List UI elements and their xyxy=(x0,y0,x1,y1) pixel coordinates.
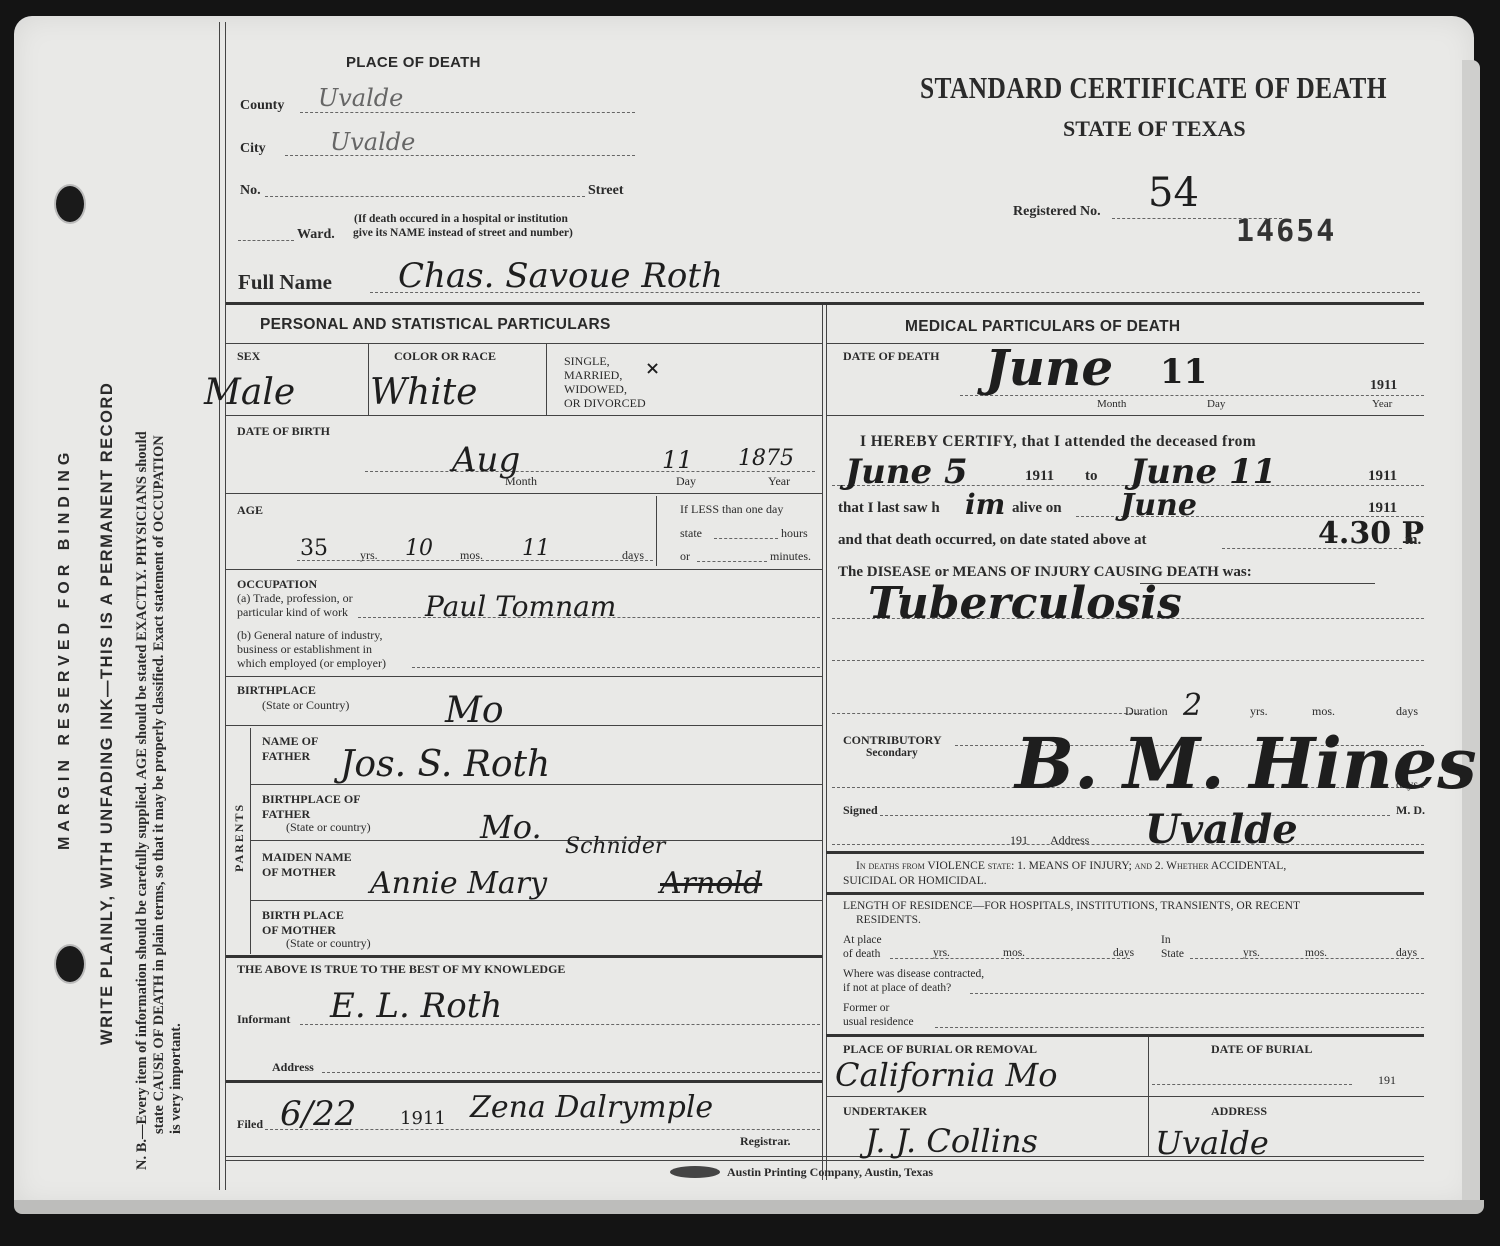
margin-nb-note: N. B.—Every item of information should b… xyxy=(134,431,185,1170)
birthplace-sub: (State or Country) xyxy=(262,698,349,713)
last-saw-date: June xyxy=(1120,488,1197,523)
duration-years: 2 xyxy=(1183,688,1202,723)
physician-signature: B. M. Hines xyxy=(1015,722,1477,805)
mother-maiden-label-1: MAIDEN NAME xyxy=(262,850,352,865)
column-divider xyxy=(822,305,823,1180)
violence-note-1: In deaths from VIOLENCE state: 1. MEANS … xyxy=(856,860,1286,872)
in-state-label: In State xyxy=(1161,933,1184,961)
registrar-signature: Zena Dalrymple xyxy=(470,1090,713,1125)
age-days: 11 xyxy=(522,536,550,561)
last-saw-year: 1911 xyxy=(1368,500,1397,517)
father-name-label-1: NAME OF xyxy=(262,734,318,749)
birthplace-label: BIRTHPLACE xyxy=(237,683,316,698)
death-occurred-label: and that death occurred, on date stated … xyxy=(838,532,1146,549)
in-state-label-2: State xyxy=(1161,947,1184,961)
rule xyxy=(226,955,822,958)
rule xyxy=(826,343,1424,344)
filed-year: 1911 xyxy=(400,1108,446,1129)
rule xyxy=(656,496,657,566)
violence-note-2: SUICIDAL OR HOMICIDAL. xyxy=(843,875,987,887)
printer-credit: Austin Printing Company, Austin, Texas xyxy=(727,1165,933,1180)
parents-bracket xyxy=(250,728,251,954)
burial-date-year: 191 xyxy=(1378,1073,1396,1088)
undertaker-label: UNDERTAKER xyxy=(843,1104,927,1119)
dob-month-caption: Month xyxy=(505,474,537,489)
age-mos-caption: mos. xyxy=(460,548,483,563)
age-yrs-caption: yrs. xyxy=(360,548,378,563)
column-divider-inner xyxy=(826,305,827,1180)
rule xyxy=(226,725,822,726)
age-days-caption: days xyxy=(622,548,644,563)
dod-day: 11 xyxy=(1160,352,1207,392)
father-name-label: NAME OF FATHER xyxy=(262,734,318,764)
marital-divorced: OR DIVORCED xyxy=(564,396,646,410)
race-value: White xyxy=(370,372,477,413)
informant-value: E. L. Roth xyxy=(330,986,502,1026)
dod-year-caption: Year xyxy=(1372,398,1392,410)
duration-label: Duration xyxy=(1125,704,1168,719)
former-residence-label-2: usual residence xyxy=(843,1015,914,1029)
state-label: state xyxy=(680,526,702,541)
burial-place-label: PLACE OF BURIAL OR REMOVAL xyxy=(843,1042,1037,1057)
address-line xyxy=(832,844,1424,845)
burial-place-value: California Mo xyxy=(835,1056,1058,1094)
contributory-label: CONTRIBUTORY xyxy=(843,733,942,748)
occupation-value: Paul Tomnam xyxy=(425,590,616,623)
burial-date-label: DATE OF BURIAL xyxy=(1211,1042,1312,1057)
secondary-label: Secondary xyxy=(866,747,918,759)
mother-birthplace-sub: (State or country) xyxy=(286,936,371,951)
sex-value: Male xyxy=(204,372,295,413)
md-label: M. D. xyxy=(1396,803,1425,818)
ward-label: Ward. xyxy=(297,227,335,243)
registered-no-stamped: 14654 xyxy=(1236,214,1336,249)
medical-heading: MEDICAL PARTICULARS OF DEATH xyxy=(905,318,1180,336)
mother-maiden-value: Annie Mary xyxy=(370,866,547,901)
certificate-title: STANDARD CERTIFICATE OF DEATH xyxy=(920,70,1387,106)
mother-birthplace-label: BIRTH PLACE OF MOTHER xyxy=(262,908,344,938)
dod-month-caption: Month xyxy=(1097,398,1126,410)
signed-year-label: 191 xyxy=(1010,833,1028,848)
marital-single: SINGLE, xyxy=(564,354,646,368)
nb-line-1: N. B.—Every item of information should b… xyxy=(134,431,151,1170)
margin-border-inner xyxy=(225,22,226,1190)
signed-label: Signed xyxy=(843,803,878,818)
street-label: Street xyxy=(588,183,624,199)
residence-heading-1: LENGTH OF RESIDENCE—FOR HOSPITALS, INSTI… xyxy=(843,900,1300,912)
less-than-day-label: If LESS than one day xyxy=(680,502,783,517)
personal-heading: PERSONAL AND STATISTICAL PARTICULARS xyxy=(260,316,611,334)
burial-date-line xyxy=(1152,1084,1352,1085)
dod-day-caption: Day xyxy=(1207,398,1225,410)
rule xyxy=(226,415,822,416)
binding-hole-bottom xyxy=(56,946,84,982)
at-place-label-1: At place xyxy=(843,933,882,947)
dob-year: 1875 xyxy=(738,446,794,471)
rule xyxy=(226,493,822,494)
occupation-a-line-2: particular kind of work xyxy=(237,605,353,619)
mother-birthplace-label-1: BIRTH PLACE xyxy=(262,908,344,923)
former-residence-label: Former or usual residence xyxy=(843,1001,914,1029)
rule xyxy=(826,851,1424,854)
occupation-b-line-1: (b) General nature of industry, xyxy=(237,628,386,642)
rule xyxy=(250,840,822,841)
marital-married: MARRIED, xyxy=(564,368,646,382)
informant-label: Informant xyxy=(237,1012,290,1027)
attended-to-year: 1911 xyxy=(1368,468,1397,485)
occupation-a-line-1: (a) Trade, profession, or xyxy=(237,591,353,605)
nb-line-3: is very important. xyxy=(168,431,185,1170)
rule xyxy=(250,900,822,901)
age-months: 10 xyxy=(405,536,433,561)
father-name-label-2: FATHER xyxy=(262,749,318,764)
dod-year: 1911 xyxy=(1370,378,1397,394)
parents-label: PARENTS xyxy=(232,803,247,872)
at-place-label-2: of death xyxy=(843,947,882,961)
hours-line xyxy=(714,538,778,539)
sex-label: SEX xyxy=(237,349,260,364)
occupation-b-line xyxy=(412,667,820,668)
physician-signature-place: Uvalde xyxy=(1145,806,1298,853)
rule xyxy=(826,892,1424,895)
minutes-label: minutes. xyxy=(770,549,811,564)
attended-from: June 5 xyxy=(845,452,968,492)
age-years: 35 xyxy=(300,536,328,561)
street-line xyxy=(265,196,585,197)
contracted-line xyxy=(970,993,1424,994)
father-birthplace-label-1: BIRTHPLACE OF xyxy=(262,792,361,807)
mother-maiden-correction: Schnider xyxy=(565,834,665,859)
county-line xyxy=(300,112,635,113)
rule xyxy=(226,343,822,344)
attest-label: THE ABOVE IS TRUE TO THE BEST OF MY KNOW… xyxy=(237,962,565,977)
dob-day-caption: Day xyxy=(676,474,696,489)
nb-line-2: state CAUSE OF DEATH in plain terms, so … xyxy=(151,431,168,1170)
printer-emblem-icon xyxy=(670,1166,720,1178)
residence-heading-2: RESIDENTS. xyxy=(856,914,921,926)
in-state-mos: mos. xyxy=(1305,947,1327,959)
city-value: Uvalde xyxy=(330,128,415,156)
last-saw-label: that I last saw h xyxy=(838,500,940,517)
rule xyxy=(226,569,822,570)
to-label: to xyxy=(1085,468,1098,485)
father-birthplace-label: BIRTHPLACE OF FATHER xyxy=(262,792,361,822)
ward-line xyxy=(238,240,294,241)
registered-no-label: Registered No. xyxy=(1013,204,1101,220)
mother-maiden-label: MAIDEN NAME OF MOTHER xyxy=(262,850,352,880)
in-state-label-1: In xyxy=(1161,933,1184,947)
divider-top xyxy=(226,302,1424,305)
city-label: City xyxy=(240,141,266,157)
occupation-b-line-3: which employed (or employer) xyxy=(237,656,386,670)
duration-days-caption: days xyxy=(1396,704,1418,719)
race-label: COLOR OR RACE xyxy=(394,349,496,364)
minutes-line xyxy=(697,561,767,562)
burial-address-label: ADDRESS xyxy=(1211,1104,1267,1119)
mother-maiden-struck: Arnold xyxy=(660,866,762,901)
no-label: No. xyxy=(240,183,261,199)
in-state-days: days xyxy=(1396,947,1417,959)
registered-no-handwritten: 54 xyxy=(1148,170,1199,216)
ward-note-1: (If death occured in a hospital or insti… xyxy=(354,213,568,225)
occupation-b-line-2: business or establishment in xyxy=(237,642,386,656)
certificate-subtitle: STATE OF TEXAS xyxy=(1063,116,1246,142)
certify-text: I HEREBY CERTIFY, that I attended the de… xyxy=(860,433,1256,451)
attended-from-year: 1911 xyxy=(1025,468,1054,485)
former-residence-line xyxy=(935,1027,1424,1028)
address-line xyxy=(322,1072,820,1073)
mother-maiden-label-2: OF MOTHER xyxy=(262,865,352,880)
rule xyxy=(250,784,822,785)
dob-day: 11 xyxy=(662,446,693,474)
last-saw-him: im xyxy=(965,488,1005,521)
cause-value: Tuberculosis xyxy=(868,578,1182,629)
rule xyxy=(226,1080,822,1083)
rule xyxy=(826,1034,1424,1037)
filed-date: 6/22 xyxy=(280,1094,356,1134)
at-place-mos: mos. xyxy=(1003,947,1025,959)
dod-month: June xyxy=(985,338,1113,397)
contracted-label: Where was disease contracted, if not at … xyxy=(843,967,984,995)
rule xyxy=(826,1096,1424,1097)
in-state-yrs: yrs. xyxy=(1243,947,1260,959)
occupation-a-label: (a) Trade, profession, or particular kin… xyxy=(237,591,353,619)
duration-mos-caption: mos. xyxy=(1312,704,1335,719)
place-of-death-heading: PLACE OF DEATH xyxy=(346,54,481,71)
m-label: m. xyxy=(1405,532,1421,549)
full-name-label: Full Name xyxy=(238,270,332,295)
dob-label: DATE OF BIRTH xyxy=(237,424,330,439)
marital-status-options: SINGLE, MARRIED, WIDOWED, OR DIVORCED xyxy=(564,354,646,410)
rule xyxy=(826,415,1424,416)
occupation-label: OCCUPATION xyxy=(237,577,317,592)
at-place-days: days xyxy=(1113,947,1134,959)
margin-binding-text: MARGIN RESERVED FOR BINDING xyxy=(56,448,74,850)
binding-hole-top xyxy=(56,186,84,222)
contracted-label-2: if not at place of death? xyxy=(843,981,984,995)
county-value: Uvalde xyxy=(318,84,403,112)
father-name-value: Jos. S. Roth xyxy=(340,744,550,785)
attended-to: June 11 xyxy=(1130,452,1276,492)
cause-line-3 xyxy=(832,713,1142,714)
signature-line xyxy=(880,815,1390,816)
page-stack-edge xyxy=(1462,60,1480,1210)
full-name-value: Chas. Savoue Roth xyxy=(398,256,723,296)
rule xyxy=(368,343,369,415)
filed-label: Filed xyxy=(237,1117,263,1132)
undertaker-value: J. J. Collins xyxy=(865,1122,1038,1160)
hours-label: hours xyxy=(781,526,808,541)
margin-border xyxy=(219,22,220,1190)
registrar-label: Registrar. xyxy=(740,1134,791,1149)
rule xyxy=(546,343,547,415)
father-birthplace-sub: (State or country) xyxy=(286,820,371,835)
alive-on-label: alive on xyxy=(1012,500,1062,517)
rule xyxy=(226,676,822,677)
address-label: Address xyxy=(272,1060,314,1075)
ward-note-2: give its NAME instead of street and numb… xyxy=(353,227,573,239)
contracted-label-1: Where was disease contracted, xyxy=(843,967,984,981)
margin-write-plainly: WRITE PLAINLY, WITH UNFADING INK—THIS IS… xyxy=(98,382,117,1045)
at-place-label: At place of death xyxy=(843,933,882,961)
at-place-yrs: yrs. xyxy=(933,947,950,959)
page-stack-bottom xyxy=(14,1200,1484,1214)
dob-line xyxy=(365,471,815,472)
marital-widowed: WIDOWED, xyxy=(564,382,646,396)
cause-line-2 xyxy=(832,660,1424,661)
burial-address-value: Uvalde xyxy=(1155,1124,1269,1162)
occupation-b-label: (b) General nature of industry, business… xyxy=(237,628,386,670)
rule xyxy=(1148,1037,1149,1157)
county-label: County xyxy=(240,98,284,114)
or-label: or xyxy=(680,549,690,564)
age-label: AGE xyxy=(237,503,263,518)
former-residence-label-1: Former or xyxy=(843,1001,914,1015)
marital-mark: × xyxy=(645,358,660,379)
dob-year-caption: Year xyxy=(768,474,790,489)
dod-label: DATE OF DEATH xyxy=(843,349,939,364)
physician-address-label: Address xyxy=(1050,833,1089,848)
duration-yrs-caption: yrs. xyxy=(1250,704,1268,719)
